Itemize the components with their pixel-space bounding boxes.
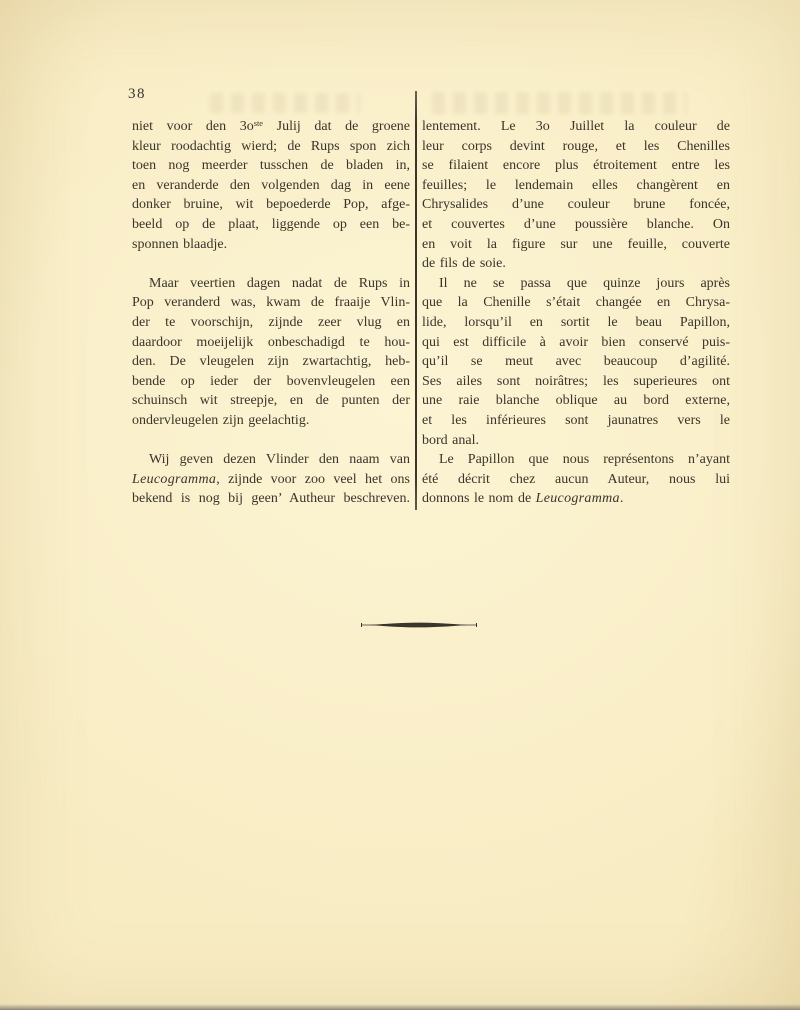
text-segment: niet voor den 3o	[132, 119, 254, 134]
italic-species-name: Leucogramma	[132, 472, 216, 487]
text-line: daardoor moeijelijk onbeschadigd te hou-	[132, 333, 410, 353]
paragraph: Wij geven dezen Vlinder den naam vanLeuc…	[132, 450, 410, 509]
text-line: se filaient encore plus étroitement entr…	[422, 156, 730, 176]
text-segment: toen nog meerder tusschen de bladen in,	[132, 158, 410, 173]
text-line: bekend is nog bij geen’ Autheur beschrev…	[132, 489, 410, 509]
swelled-rule-ornament	[360, 617, 478, 627]
text-segment: une raie blanche oblique au bord externe…	[422, 393, 730, 408]
text-segment: en veranderde den volgenden dag in eene	[132, 178, 410, 193]
column-divider-rule	[415, 91, 417, 510]
text-line: bord anal.	[422, 431, 730, 451]
superscript-text: ste	[254, 119, 263, 128]
text-line: Wij geven dezen Vlinder den naam van	[132, 450, 410, 470]
text-line: donker bruine, wit bepoederde Pop, afge-	[132, 195, 410, 215]
text-line: donnons le nom de Leucogramma.	[422, 489, 730, 509]
text-line: Pop veranderd was, kwam de fraaije Vlin-	[132, 293, 410, 313]
right-column-french-text: lentement. Le 3o Juillet la couleur dele…	[422, 117, 730, 509]
text-line: der te voorschijn, zijnde zeer vlug en	[132, 313, 410, 333]
text-line: Leucogramma, zijnde voor zoo veel het on…	[132, 470, 410, 490]
text-segment: bord anal.	[422, 433, 479, 448]
text-line: Chrysalides d’une couleur brune foncée,	[422, 195, 730, 215]
text-line: de fils de soie.	[422, 254, 730, 274]
text-line: schuinsch wit streepje, en de punten der	[132, 391, 410, 411]
text-segment: été décrit chez aucun Auteur, nous lui	[422, 472, 730, 487]
text-line: feuilles; le lendemain elles changèrent …	[422, 176, 730, 196]
text-line: lide, lorsqu’il en sortit le beau Papill…	[422, 313, 730, 333]
text-segment: daardoor moeijelijk onbeschadigd te hou-	[132, 335, 410, 350]
text-segment: de fils de soie.	[422, 256, 506, 271]
text-segment: lide, lorsqu’il en sortit le beau Papill…	[422, 315, 730, 330]
ink-bleedthrough-smudge	[432, 92, 687, 114]
text-line: une raie blanche oblique au bord externe…	[422, 391, 730, 411]
italic-species-name: Leucogramma	[536, 491, 620, 506]
text-segment: .	[620, 491, 624, 506]
ink-bleedthrough-smudge	[210, 93, 360, 113]
paragraph: Il ne se passa que quinze jours aprèsque…	[422, 274, 730, 450]
scanner-page-edge	[0, 1004, 800, 1010]
text-segment: Maar veertien dagen nadat de Rups in	[149, 276, 410, 291]
text-line: toen nog meerder tusschen de bladen in,	[132, 156, 410, 176]
text-line: Ses ailes sont noirâtres; les superieure…	[422, 372, 730, 392]
text-line: Il ne se passa que quinze jours après	[422, 274, 730, 294]
text-segment: Wij geven dezen Vlinder den naam van	[149, 452, 410, 467]
page-number: 38	[128, 86, 146, 103]
text-line: Le Papillon que nous représentons n’ayan…	[422, 450, 730, 470]
paragraph: Maar veertien dagen nadat de Rups inPop …	[132, 274, 410, 431]
paragraph: lentement. Le 3o Juillet la couleur dele…	[422, 117, 730, 274]
text-segment: der te voorschijn, zijnde zeer vlug en	[132, 315, 410, 330]
text-segment: Chrysalides d’une couleur brune foncée,	[422, 197, 730, 212]
text-line: qu’il se meut avec beaucoup d’agilité.	[422, 352, 730, 372]
text-segment: en voit la figure sur une feuille, couve…	[422, 237, 730, 252]
text-segment: donnons le nom de	[422, 491, 536, 506]
text-segment: , zijnde voor zoo veel het ons	[216, 472, 410, 487]
text-segment: qu’il se meut avec beaucoup d’agilité.	[422, 354, 730, 369]
text-segment: que la Chenille s’était changée en Chrys…	[422, 295, 730, 310]
text-line: en voit la figure sur une feuille, couve…	[422, 235, 730, 255]
text-line: lentement. Le 3o Juillet la couleur de	[422, 117, 730, 137]
text-line: été décrit chez aucun Auteur, nous lui	[422, 470, 730, 490]
text-segment: sponnen blaadje.	[132, 237, 227, 252]
book-page: 38 niet voor den 3oste Julij dat de groe…	[0, 0, 800, 1010]
text-line: ondervleugelen zijn geelachtig.	[132, 411, 410, 431]
paragraph: niet voor den 3oste Julij dat de groenek…	[132, 117, 410, 254]
text-segment: den. De vleugelen zijn zwartachtig, heb-	[132, 354, 410, 369]
text-segment: bekend is nog bij geen’ Autheur beschrev…	[132, 491, 410, 506]
text-line: Maar veertien dagen nadat de Rups in	[132, 274, 410, 294]
text-segment: et couvertes d’une poussière blanche. On	[422, 217, 730, 232]
text-segment: se filaient encore plus étroitement entr…	[422, 158, 730, 173]
text-segment: Julij dat de groene	[263, 119, 410, 134]
text-segment: leur corps devint rouge, et les Chenille…	[422, 139, 730, 154]
text-line: niet voor den 3oste Julij dat de groene	[132, 117, 410, 137]
text-segment: Il ne se passa que quinze jours après	[439, 276, 730, 291]
text-segment: qui est difficile à avoir bien conservé …	[422, 335, 730, 350]
text-segment: kleur roodachtig wierd; de Rups spon zic…	[132, 139, 410, 154]
text-line: den. De vleugelen zijn zwartachtig, heb-	[132, 352, 410, 372]
text-line: kleur roodachtig wierd; de Rups spon zic…	[132, 137, 410, 157]
text-segment: Ses ailes sont noirâtres; les superieure…	[422, 374, 730, 389]
text-line: beeld op de plaat, liggende op een be-	[132, 215, 410, 235]
text-segment: ondervleugelen zijn geelachtig.	[132, 413, 309, 428]
left-column-dutch-text: niet voor den 3oste Julij dat de groenek…	[132, 117, 410, 509]
text-line: en veranderde den volgenden dag in eene	[132, 176, 410, 196]
text-segment: schuinsch wit streepje, en de punten der	[132, 393, 410, 408]
paragraph: Le Papillon que nous représentons n’ayan…	[422, 450, 730, 509]
text-line: et les inférieures sont jaunatres vers l…	[422, 411, 730, 431]
text-segment: Le Papillon que nous représentons n’ayan…	[439, 452, 730, 467]
text-line: et couvertes d’une poussière blanche. On	[422, 215, 730, 235]
text-segment: donker bruine, wit bepoederde Pop, afge-	[132, 197, 410, 212]
text-line: sponnen blaadje.	[132, 235, 410, 255]
text-segment: feuilles; le lendemain elles changèrent …	[422, 178, 730, 193]
text-segment: Pop veranderd was, kwam de fraaije Vlin-	[132, 295, 410, 310]
text-line: bende op ieder der bovenvleugelen een	[132, 372, 410, 392]
text-segment: et les inférieures sont jaunatres vers l…	[422, 413, 730, 428]
text-line: que la Chenille s’était changée en Chrys…	[422, 293, 730, 313]
text-segment: bende op ieder der bovenvleugelen een	[132, 374, 410, 389]
text-segment: lentement. Le 3o Juillet la couleur de	[422, 119, 730, 134]
text-segment: beeld op de plaat, liggende op een be-	[132, 217, 410, 232]
text-line: qui est difficile à avoir bien conservé …	[422, 333, 730, 353]
text-line: leur corps devint rouge, et les Chenille…	[422, 137, 730, 157]
